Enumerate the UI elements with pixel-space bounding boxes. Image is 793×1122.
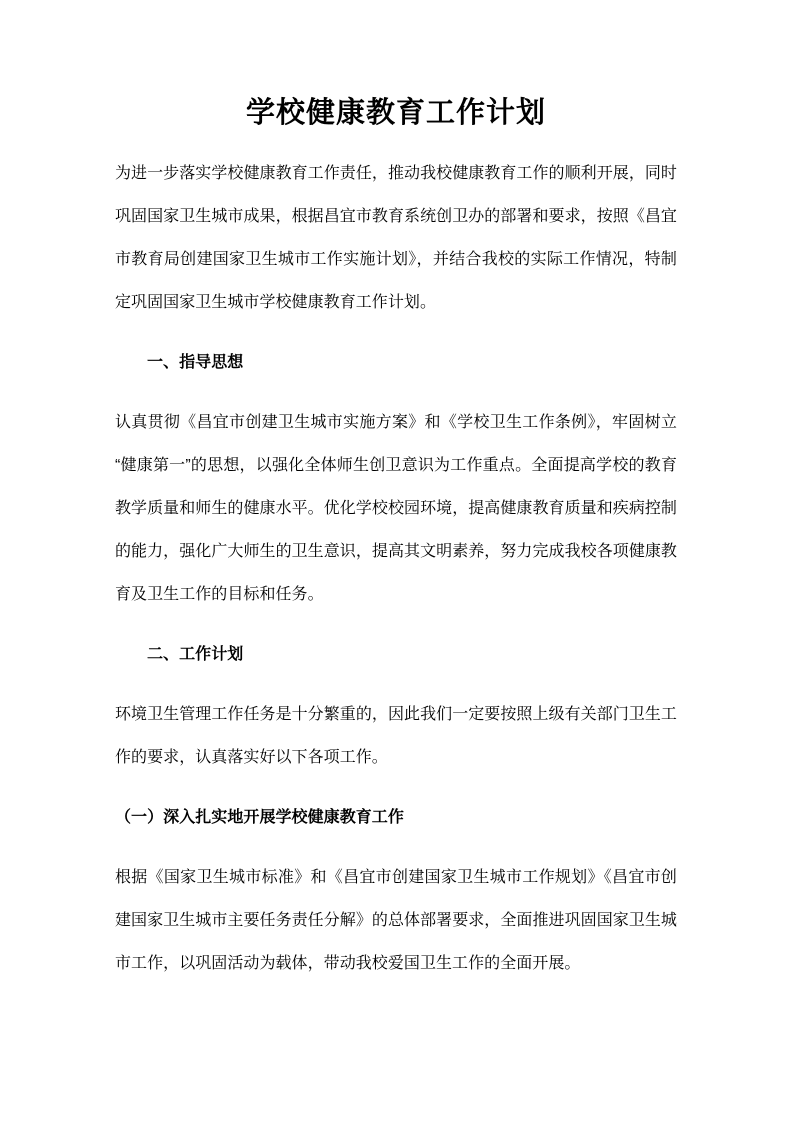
heading-work-plan: 二、工作计划 bbox=[115, 633, 677, 676]
paragraph-guiding-ideology: 认真贯彻《昌宜市创建卫生城市实施方案》和《学校卫生工作条例》，牢固树立“健康第一… bbox=[115, 401, 677, 616]
document-title: 学校健康教育工作计划 bbox=[115, 92, 677, 135]
paragraph-health-education: 根据《国家卫生城市标准》和《昌宜市创建国家卫生城市工作规划》《昌宜市创建国家卫生… bbox=[115, 856, 677, 985]
subheading-health-education: （一）深入扎实地开展学校健康教育工作 bbox=[115, 796, 677, 839]
heading-guiding-ideology: 一、指导思想 bbox=[115, 341, 677, 384]
paragraph-work-plan: 环境卫生管理工作任务是十分繁重的，因此我们一定要按照上级有关部门卫生工作的要求，… bbox=[115, 693, 677, 779]
document-page: 学校健康教育工作计划 为进一步落实学校健康教育工作责任，推动我校健康教育工作的顺… bbox=[0, 0, 793, 1122]
paragraph-intro: 为进一步落实学校健康教育工作责任，推动我校健康教育工作的顺利开展，同时巩固国家卫… bbox=[115, 152, 677, 324]
